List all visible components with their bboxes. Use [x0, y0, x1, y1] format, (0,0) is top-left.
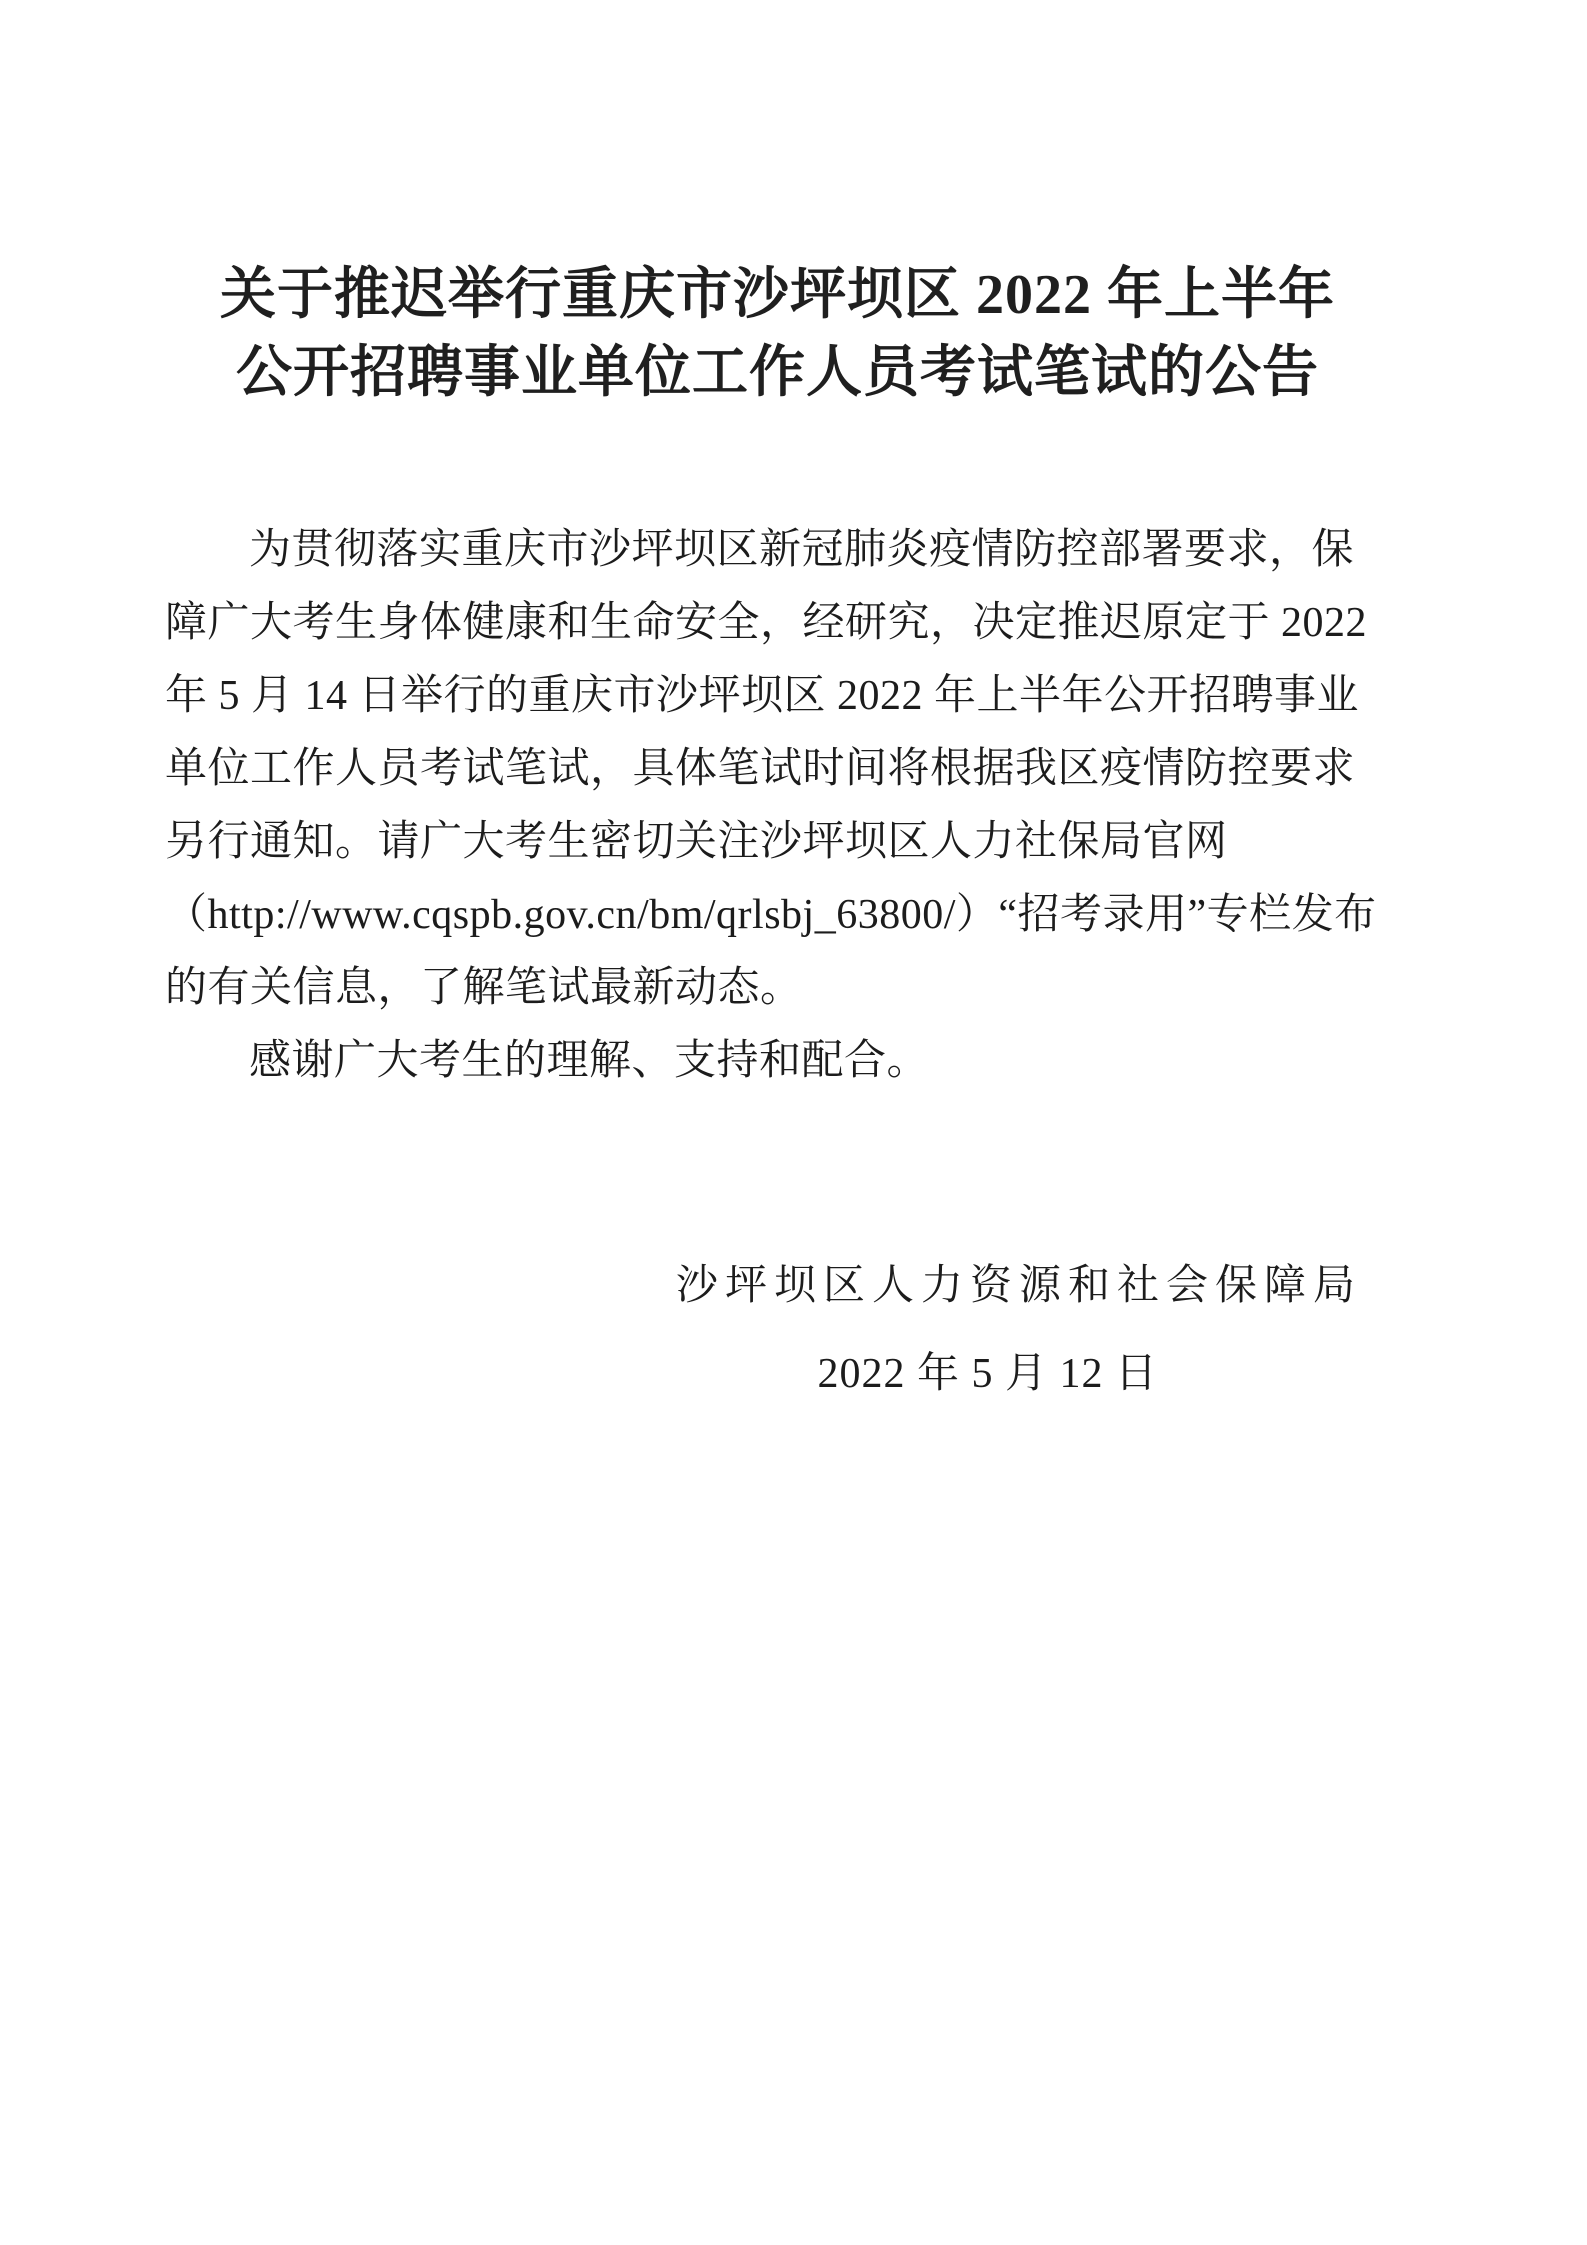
document-body: 为贯彻落实重庆市沙坪坝区新冠肺炎疫情防控部署要求，保障广大考生身体健康和生命安全… — [165, 514, 1390, 1098]
document-title: 关于推迟举行重庆市沙坪坝区 2022 年上半年 公开招聘事业单位工作人员考试笔试… — [165, 256, 1390, 412]
body-paragraph-1: 为贯彻落实重庆市沙坪坝区新冠肺炎疫情防控部署要求，保障广大考生身体健康和生命安全… — [165, 514, 1390, 1025]
body-paragraph-2: 感谢广大考生的理解、支持和配合。 — [165, 1025, 1390, 1098]
official-website-url: http://www.cqspb.gov.cn/bm/qrlsbj_63800/ — [208, 892, 956, 938]
paragraph-1-text-before-url: 为贯彻落实重庆市沙坪坝区新冠肺炎疫情防控部署要求，保障广大考生身体健康和生命安全… — [165, 527, 1367, 938]
issuing-authority: 沙坪坝区人力资源和社会保障局 — [165, 1256, 1390, 1316]
title-line-1: 关于推迟举行重庆市沙坪坝区 2022 年上半年 — [220, 264, 1335, 326]
announcement-page: 关于推迟举行重庆市沙坪坝区 2022 年上半年 公开招聘事业单位工作人员考试笔试… — [0, 0, 1587, 2245]
document-date: 2022 年 5 月 12 日 — [165, 1344, 1390, 1404]
signature-block: 沙坪坝区人力资源和社会保障局 2022 年 5 月 12 日 — [165, 1256, 1390, 1404]
document-content: 关于推迟举行重庆市沙坪坝区 2022 年上半年 公开招聘事业单位工作人员考试笔试… — [165, 256, 1390, 1404]
title-line-2: 公开招聘事业单位工作人员考试笔试的公告 — [236, 342, 1319, 404]
